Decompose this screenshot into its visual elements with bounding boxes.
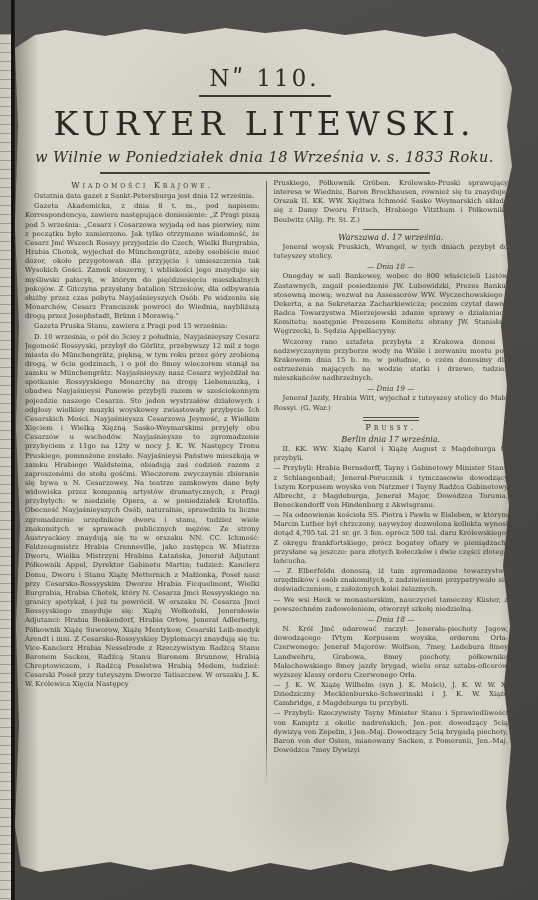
dateline: w Wilnie w Poniedziałek dnia 18 Września… [15,150,514,166]
heading-warszawa: Warszawa d. 17 września. [274,233,509,242]
paragraph-wrangel: Jenerał woysk Pruskich, Wrangel, w tych … [274,243,509,261]
dateline-rule [100,172,430,174]
newspaper-title: KURYER LITEWSKI. [15,104,514,143]
right-column: Pruskiego, Półkownik Gröben. Królewsko-P… [269,179,509,797]
paragraph-elberfeld-koleje: — Z Elberfeldu donoszą, iż tam zgromadzo… [274,567,509,594]
left-column: Wiadomości Krajowe. Ostatnia data gazet … [25,179,264,797]
paragraph-gazeta-pruska-intro: Gazeta Pruska Stanu, zawiera z Pragi pod… [25,322,260,331]
issue-number: Nʺ 110. [15,66,514,92]
paragraph-heck-szkola: — We wsi Heck w monasterskim, nauczyciel… [274,596,509,614]
paragraph-kamptz-osten: — Przybyli: Rzeczywisty Tayny Minister S… [274,709,509,755]
paragraph-continuation-orszak: Pruskiego, Półkownik Gröben. Królewsko-P… [274,179,509,225]
binding-gutter [11,0,15,900]
subheading-dnia-19: — Dnia 19 — [274,384,509,393]
paragraph-berlin-przybycie: II. KK. WW. Xiążę Karol i Xiążę August z… [274,445,509,463]
column-divider [266,181,267,785]
paragraph-berlin-przybyli: — Przybyli: Hrabia Bernsdorff, Tayny i G… [274,464,509,510]
section-rule [363,229,419,230]
paragraph-witt: Jenerał Jazdy, Hrabia Witt, wyjechał z t… [274,394,509,412]
section-heading-prussy: Prussy. [274,423,509,432]
subheading-dnia-18: — Dnia 18 — [274,262,509,271]
paragraph-ordery: N. Król Jmć udarować raczył: Jenerała-pi… [274,625,509,680]
columns: Wiadomości Krajowe. Ostatnia data gazet … [15,177,514,797]
issue-number-underline [199,95,331,97]
scan-background: Nʺ 110. KURYER LITEWSKI. w Wilnie w Poni… [0,0,538,900]
section-rule [363,417,419,421]
paragraph-munchengratz-report: D. 10 września, o pół do 3ciey z południ… [25,333,260,690]
paragraph-gazeta-akademicka: Gazeta Akademicka, z dnia 8 t. m., pod n… [25,202,260,321]
paragraph-krakow-powodz: Wczoray rano sztafeta przybyła z Krakowa… [274,338,509,384]
paragraph-bank-posiedzenie: Onegday w sali Bankowey, wobec do 800 wł… [274,272,509,336]
masthead: Nʺ 110. KURYER LITEWSKI. w Wilnie w Poni… [15,26,514,174]
paragraph-wilhelm-cambridge: — J. K. W. Xiążę Wilhelm (syn J. K. Mośc… [274,681,509,708]
paragraph-eisleben-kollekta: — Na odnowienie kościoła SS. Piotra i Pa… [274,511,509,566]
heading-berlin: Berlin dnia 17 września. [274,435,509,444]
section-heading-wiadomosci-krajowe: Wiadomości Krajowe. [25,181,260,190]
subheading-berlin-dnia-18: — Dnia 18 — [274,615,509,624]
newspaper-page: Nʺ 110. KURYER LITEWSKI. w Wilnie w Poni… [15,26,514,879]
paragraph-petersburg-date: Ostatnia data gazet z Sankt-Petersburga … [25,192,260,201]
